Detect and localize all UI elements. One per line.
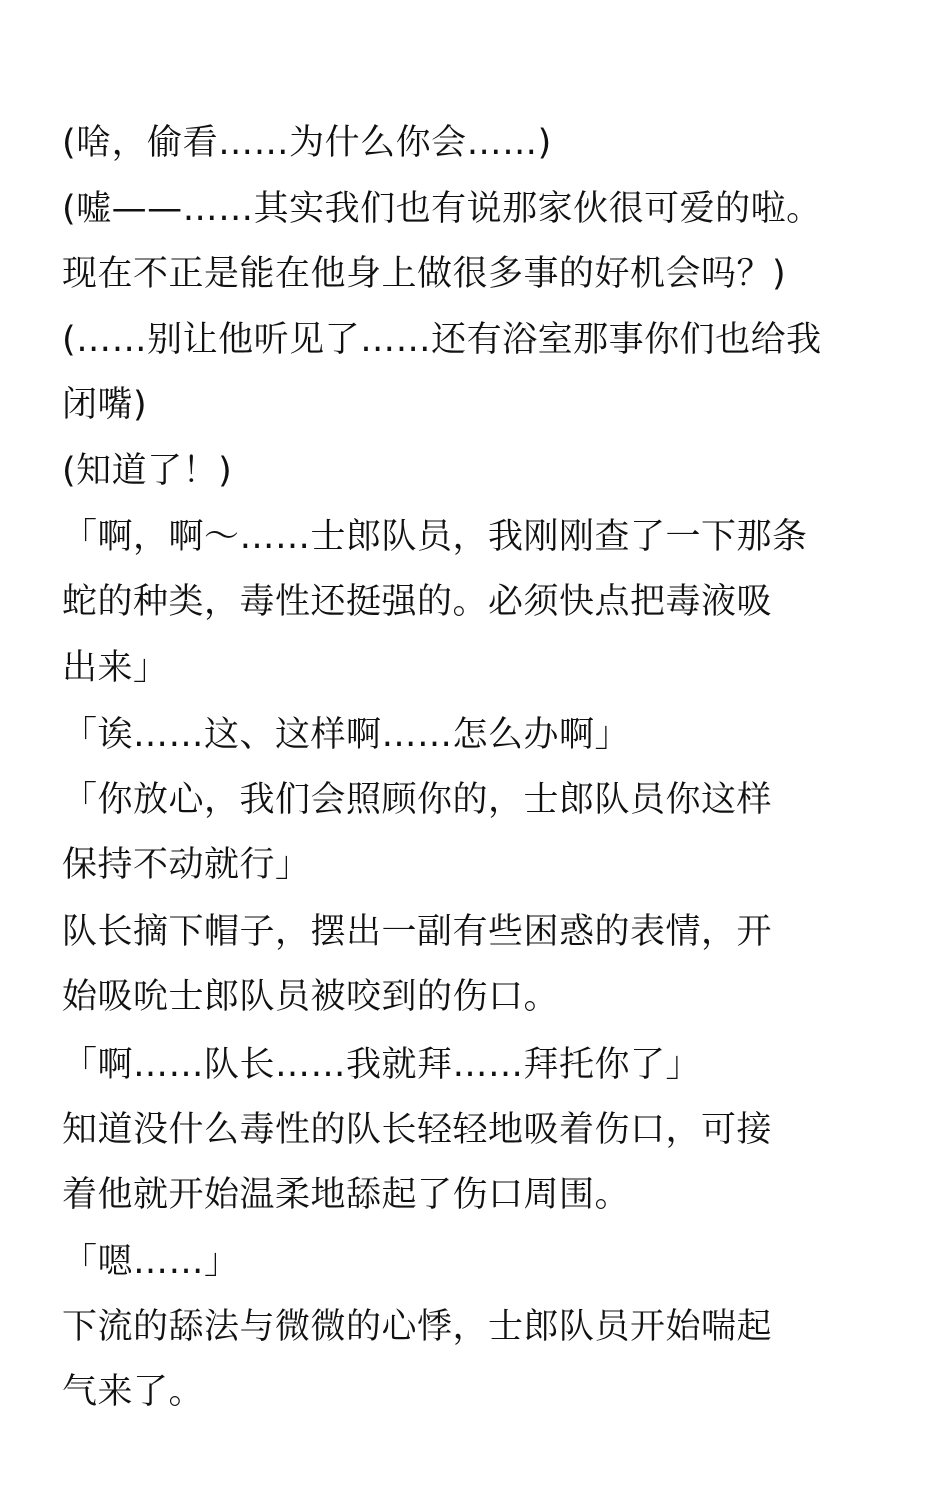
text-line: (啥，偷看……为什么你会……): [62, 121, 552, 165]
text-line: 蛇的种类，毒性还挺强的。必须快点把毒液吸: [62, 580, 772, 624]
text-line: 知道没什么毒性的队长轻轻地吸着伤口，可接: [62, 1108, 772, 1152]
text-line: 气来了。: [62, 1370, 204, 1414]
text-line: 队长摘下帽子，摆出一副有些困惑的表情，开: [62, 910, 772, 954]
text-line: 现在不正是能在他身上做很多事的好机会吗？): [62, 252, 786, 296]
text-line: 「嗯……」: [62, 1240, 240, 1284]
text-line: (知道了！): [62, 449, 232, 493]
text-line: 始吸吮士郎队员被咬到的伤口。: [62, 975, 559, 1019]
text-line: (嘘——……其实我们也有说那家伙很可爱的啦。: [62, 187, 822, 231]
text-line: 出来」: [62, 646, 169, 690]
text-line: 「诶……这、这样啊……怎么办啊」: [62, 713, 630, 757]
document-page: (啥，偷看……为什么你会……) (嘘——……其实我们也有说那家伙很可爱的啦。 现…: [0, 0, 930, 1495]
text-line: 下流的舔法与微微的心悸，士郎队员开始喘起: [62, 1305, 772, 1349]
text-line: (……别让他听见了……还有浴室那事你们也给我: [62, 318, 822, 362]
text-line: 保持不动就行」: [62, 843, 311, 887]
text-line: 「啊……队长……我就拜……拜托你了」: [62, 1043, 701, 1087]
text-line: 「啊，啊～……士郎队员，我刚刚查了一下那条: [62, 515, 808, 559]
text-line: 着他就开始温柔地舔起了伤口周围。: [62, 1173, 630, 1217]
text-line: 「你放心，我们会照顾你的，士郎队员你这样: [62, 778, 772, 822]
text-line: 闭嘴): [62, 383, 147, 427]
